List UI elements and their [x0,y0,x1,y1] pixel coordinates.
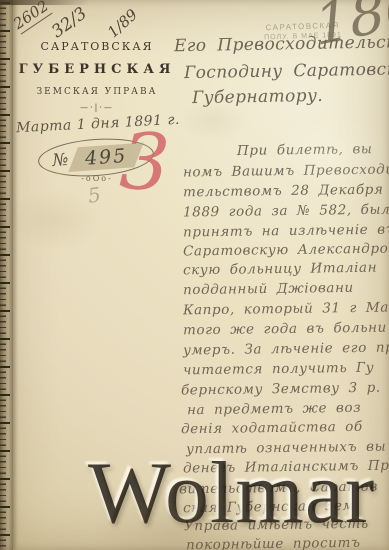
body-line: принятъ на излѣченіе въ [183,222,389,241]
body-line: читается получить Гу [183,360,374,379]
body-line: умеръ. За лѣченіе его пр [183,340,389,359]
letterhead-org-line1: САРАТОВСКАЯ [8,40,186,53]
letterhead-ornament: —·|·— [8,103,186,112]
body-line: номъ Вашимъ Превосходи [183,162,389,181]
number-sign: № [52,149,69,170]
letterhead-org-line3: ЗЕМСКАЯ УПРАВА [8,87,186,97]
letterhead: САРАТОВСКАЯ ГУБЕРНСКАЯ ЗЕМСКАЯ УПРАВА —·… [8,40,186,112]
body-line: При билетѣ, вы [237,141,373,159]
address-line-1: Его Превосходительству, [174,32,389,56]
body-line: тельствомъ 28 Декабря [183,182,384,201]
archival-mark-1: 2602 [10,0,53,35]
body-line: 1889 года за № 582, былъ [183,201,389,220]
red-crayon-number: 3 [118,123,172,203]
body-line: скую больницу Италіан [183,260,377,279]
archival-mark-2: 32/3 [48,4,91,43]
body-line: Капро, который 31 г Ма [183,300,389,319]
address-line-3: Губернатору. [192,86,323,108]
collection-watermark: Wolmar [88,450,375,538]
body-line: бернскому Земству 3 р. 5 [181,379,389,398]
body-line: подданный Джіовани [183,280,354,298]
body-line: на предметъ же воз [187,400,361,418]
body-line: Саратовскую Александров [183,241,389,260]
body-line: того же года въ больни [183,320,387,339]
archival-mark-3: 1/89 [104,5,141,41]
body-line: денія ходатайства об [181,419,363,438]
address-line-2: Господину Саратовскому [184,59,389,83]
document-photo: 2602 32/3 1/89 САРАТОВСКАЯ ПОЛУ. В МАЕ 1… [0,0,389,550]
letterhead-org-line2: ГУБЕРНСКАЯ [8,62,186,77]
pencil-mark: 5 [86,182,102,208]
